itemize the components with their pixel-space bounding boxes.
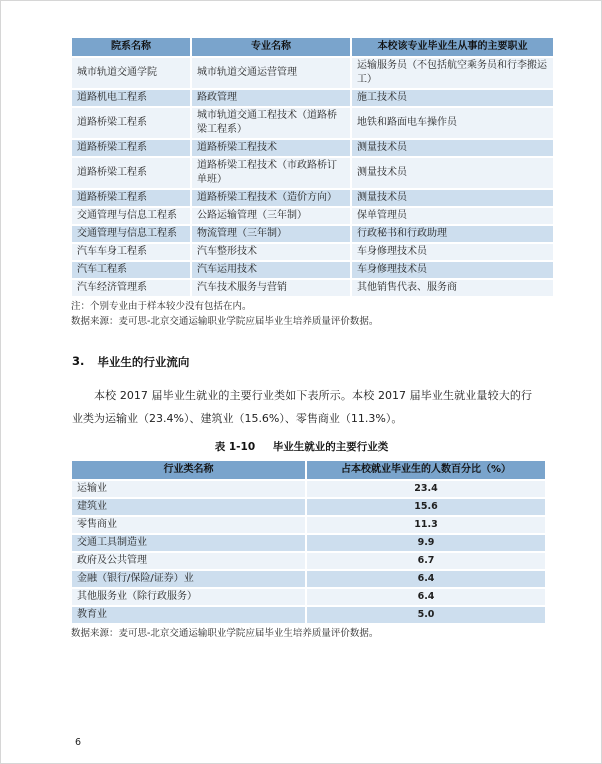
header-major: 专业名称 [192,38,350,56]
table-cell-value: 6.4 [307,571,545,587]
header-department: 院系名称 [72,38,190,56]
table-cell: 测量技术员 [352,190,553,206]
majors-occupations-table: 院系名称 专业名称 本校该专业毕业生从事的主要职业 城市轨道交通学院 城市轨道交… [70,36,555,298]
table-cell: 保单管理员 [352,208,553,224]
table-row: 交通工具制造业 9.9 [72,535,545,551]
table-cell: 汽车整形技术 [192,244,350,260]
page-number: 6 [75,737,81,748]
table-note: 注：个别专业由于样本较少没有包括在内。 [71,300,533,313]
table-cell: 汽车运用技术 [192,262,350,278]
table-cell: 道路桥梁工程技术 [192,140,350,156]
table-cell: 汽车工程系 [72,262,190,278]
table-row: 道路桥梁工程系 道路桥梁工程技术 测量技术员 [72,140,553,156]
table-row: 运输业 23.4 [72,481,545,497]
table-cell-value: 23.4 [307,481,545,497]
table-row: 其他服务业（除行政服务） 6.4 [72,589,545,605]
table-cell: 教育业 [72,607,305,623]
table-cell: 测量技术员 [352,140,553,156]
table-cell: 地铁和路面电车操作员 [352,108,553,138]
table-row: 建筑业 15.6 [72,499,545,515]
table-row: 交通管理与信息工程系 物流管理（三年制） 行政秘书和行政助理 [72,226,553,242]
table-cell-value: 15.6 [307,499,545,515]
table-cell: 城市轨道交通工程技术（道路桥梁工程系） [192,108,350,138]
table-cell: 其他服务业（除行政服务） [72,589,305,605]
table-row: 道路桥梁工程系 道路桥梁工程技术（造价方向） 测量技术员 [72,190,553,206]
table-row: 道路桥梁工程系 道路桥梁工程技术（市政路桥订单班） 测量技术员 [72,158,553,188]
section-number: 3. [72,354,84,370]
table-cell: 路政管理 [192,90,350,106]
data-source-note: 数据来源：麦可思-北京交通运输职业学院应届毕业生培养质量评价数据。 [71,627,533,640]
table-cell: 城市轨道交通运营管理 [192,58,350,88]
table-header-row: 院系名称 专业名称 本校该专业毕业生从事的主要职业 [72,38,553,56]
header-occupation: 本校该专业毕业生从事的主要职业 [352,38,553,56]
caption-label: 表 1-10 [215,441,255,453]
table-caption: 表 1-10 毕业生就业的主要行业类 [70,439,533,454]
table-row: 城市轨道交通学院 城市轨道交通运营管理 运输服务员（不包括航空乘务员和行李搬运工… [72,58,553,88]
caption-title: 毕业生就业的主要行业类 [273,441,389,453]
table-cell: 城市轨道交通学院 [72,58,190,88]
table-cell-value: 5.0 [307,607,545,623]
table-row: 金融（银行/保险/证券）业 6.4 [72,571,545,587]
table-cell: 公路运输管理（三年制） [192,208,350,224]
table-row: 道路桥梁工程系 城市轨道交通工程技术（道路桥梁工程系） 地铁和路面电车操作员 [72,108,553,138]
table-row: 汽车工程系 汽车运用技术 车身修理技术员 [72,262,553,278]
table-cell: 交通管理与信息工程系 [72,208,190,224]
table-cell: 交通管理与信息工程系 [72,226,190,242]
table-cell: 汽车经济管理系 [72,280,190,296]
industry-distribution-table: 行业类名称 占本校就业毕业生的人数百分比（%） 运输业 23.4 建筑业 15.… [70,459,547,625]
table-row: 政府及公共管理 6.7 [72,553,545,569]
table-cell: 建筑业 [72,499,305,515]
table-cell: 车身修理技术员 [352,244,553,260]
header-percentage: 占本校就业毕业生的人数百分比（%） [307,461,545,479]
table-cell-value: 11.3 [307,517,545,533]
table-cell: 汽车车身工程系 [72,244,190,260]
table-header-row: 行业类名称 占本校就业毕业生的人数百分比（%） [72,461,545,479]
data-source-note: 数据来源：麦可思-北京交通运输职业学院应届毕业生培养质量评价数据。 [71,315,533,328]
table-cell: 测量技术员 [352,158,553,188]
table-cell: 道路桥梁工程系 [72,108,190,138]
page-content: 院系名称 专业名称 本校该专业毕业生从事的主要职业 城市轨道交通学院 城市轨道交… [70,36,533,640]
table-cell: 行政秘书和行政助理 [352,226,553,242]
table-cell: 政府及公共管理 [72,553,305,569]
body-paragraph: 本校 2017 届毕业生就业的主要行业类如下表所示。本校 2017 届毕业生就业… [72,384,532,430]
table-row: 汽车车身工程系 汽车整形技术 车身修理技术员 [72,244,553,260]
table-cell: 其他销售代表、服务商 [352,280,553,296]
table-cell: 道路桥梁工程系 [72,190,190,206]
table-cell: 零售商业 [72,517,305,533]
table-cell-value: 6.4 [307,589,545,605]
table-cell-value: 6.7 [307,553,545,569]
table-cell: 物流管理（三年制） [192,226,350,242]
header-industry: 行业类名称 [72,461,305,479]
table-row: 交通管理与信息工程系 公路运输管理（三年制） 保单管理员 [72,208,553,224]
table-row: 汽车经济管理系 汽车技术服务与营销 其他销售代表、服务商 [72,280,553,296]
table-cell: 交通工具制造业 [72,535,305,551]
table-cell: 金融（银行/保险/证券）业 [72,571,305,587]
table-cell: 汽车技术服务与营销 [192,280,350,296]
table-cell: 道路桥梁工程系 [72,140,190,156]
table-cell: 道路桥梁工程系 [72,158,190,188]
table-row: 零售商业 11.3 [72,517,545,533]
table-cell: 运输服务员（不包括航空乘务员和行李搬运工） [352,58,553,88]
section-heading: 3. 毕业生的行业流向 [72,354,533,370]
section-title: 毕业生的行业流向 [97,354,189,370]
table-cell: 道路桥梁工程技术（市政路桥订单班） [192,158,350,188]
table-row: 教育业 5.0 [72,607,545,623]
table-row: 道路机电工程系 路政管理 施工技术员 [72,90,553,106]
table-cell: 道路桥梁工程技术（造价方向） [192,190,350,206]
table-cell: 运输业 [72,481,305,497]
table-cell: 道路机电工程系 [72,90,190,106]
table-cell: 车身修理技术员 [352,262,553,278]
table-cell-value: 9.9 [307,535,545,551]
document-page: { "colors": { "table_header_bg": "#7aa4c… [0,0,602,764]
table-cell: 施工技术员 [352,90,553,106]
